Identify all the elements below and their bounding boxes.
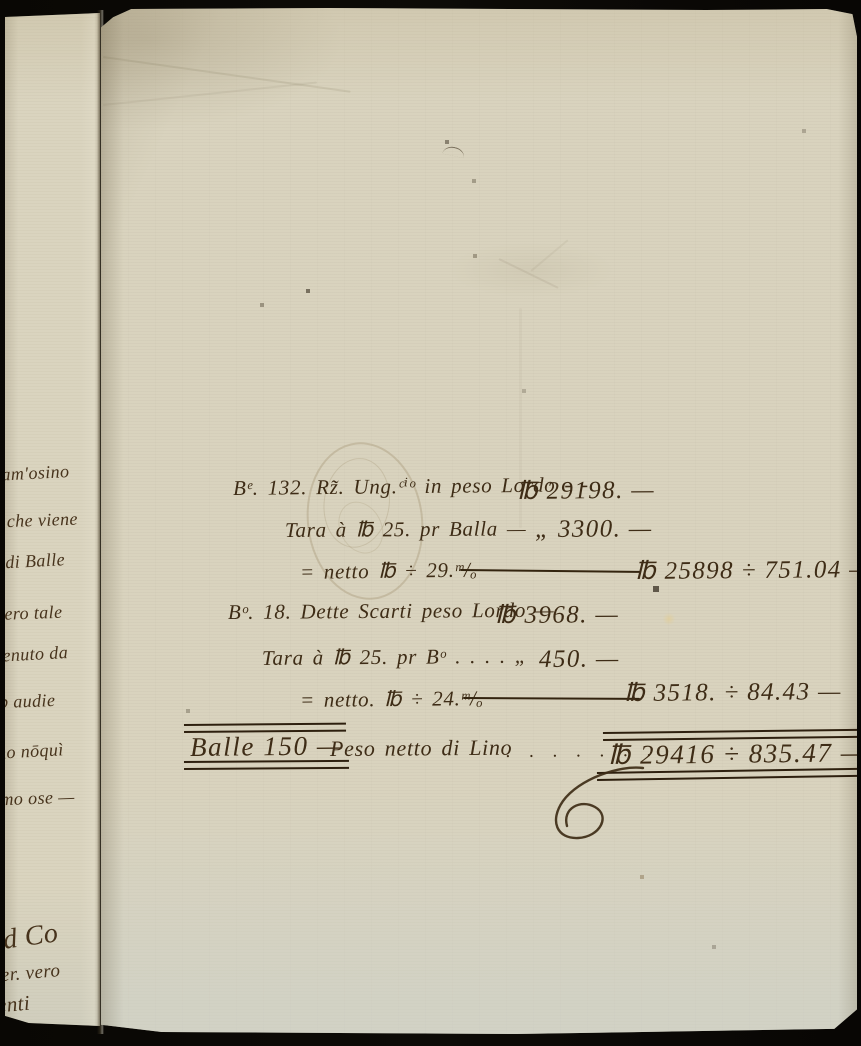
crease-line: [499, 258, 559, 288]
sum-rule: [460, 569, 640, 573]
entry3-label: = netto ℔ ÷ 29.ᵐ/ₒ: [300, 558, 478, 585]
left-page-line: ho nōquì: [5, 739, 64, 763]
entry4-amount: ℔ 3968. —: [495, 599, 619, 630]
left-page-closing-line: enti: [5, 991, 31, 1019]
sum-rule: [463, 697, 640, 700]
photographed-manuscript: Jam'osino , che viene i di Balle mero ta…: [0, 0, 861, 1046]
stray-ink-hairline: [442, 145, 465, 158]
balle-underline: [184, 760, 349, 770]
crease-line: [103, 56, 351, 92]
total-balle-count: Balle 150 —: [190, 730, 343, 763]
left-page-closing-line: d Co: [5, 917, 60, 956]
left-page-line: , che viene: [5, 509, 78, 533]
entry1-amount: ℔ 29198. —: [517, 475, 655, 506]
entry6-label: = netto. ℔ ÷ 24.ᵐ/ₒ: [300, 686, 484, 713]
left-page-line: i di Balle: [5, 549, 66, 574]
total-description: Peso netto di Lino: [330, 735, 513, 762]
entry2-amount: „ 3300. —: [535, 515, 653, 544]
left-page-edge: Jam'osino , che viene i di Balle mero ta…: [5, 13, 100, 1026]
entry6-amount: ℔ 3518. ÷ 84.43 —: [624, 676, 842, 708]
crease-line: [530, 239, 568, 271]
left-page-line: b audie: [5, 690, 56, 713]
manuscript-page: Bᵉ. 132. Rz̃. Ung.ᶜⁱᵒ in peso Lordo - - …: [101, 8, 857, 1034]
signature-flourish: [545, 763, 657, 849]
left-page-line: mero tale: [5, 602, 63, 625]
crease-line: [103, 82, 317, 106]
left-page-closing-line: Ser. vero: [5, 960, 61, 988]
entry5-amount: 450. —: [539, 645, 620, 674]
left-page-line: imo ose —: [5, 787, 75, 811]
entry5-label: Tara à ℔ 25. pr Bᵒ . . . . „: [262, 644, 527, 671]
entry3-amount: ℔ 25898 ÷ 751.04 —: [635, 554, 857, 586]
left-page-line: Jam'osino: [5, 461, 70, 486]
entry2-label: Tara à ℔ 25. pr Balla —: [285, 516, 526, 543]
left-page-line: uenuto da: [5, 642, 69, 667]
